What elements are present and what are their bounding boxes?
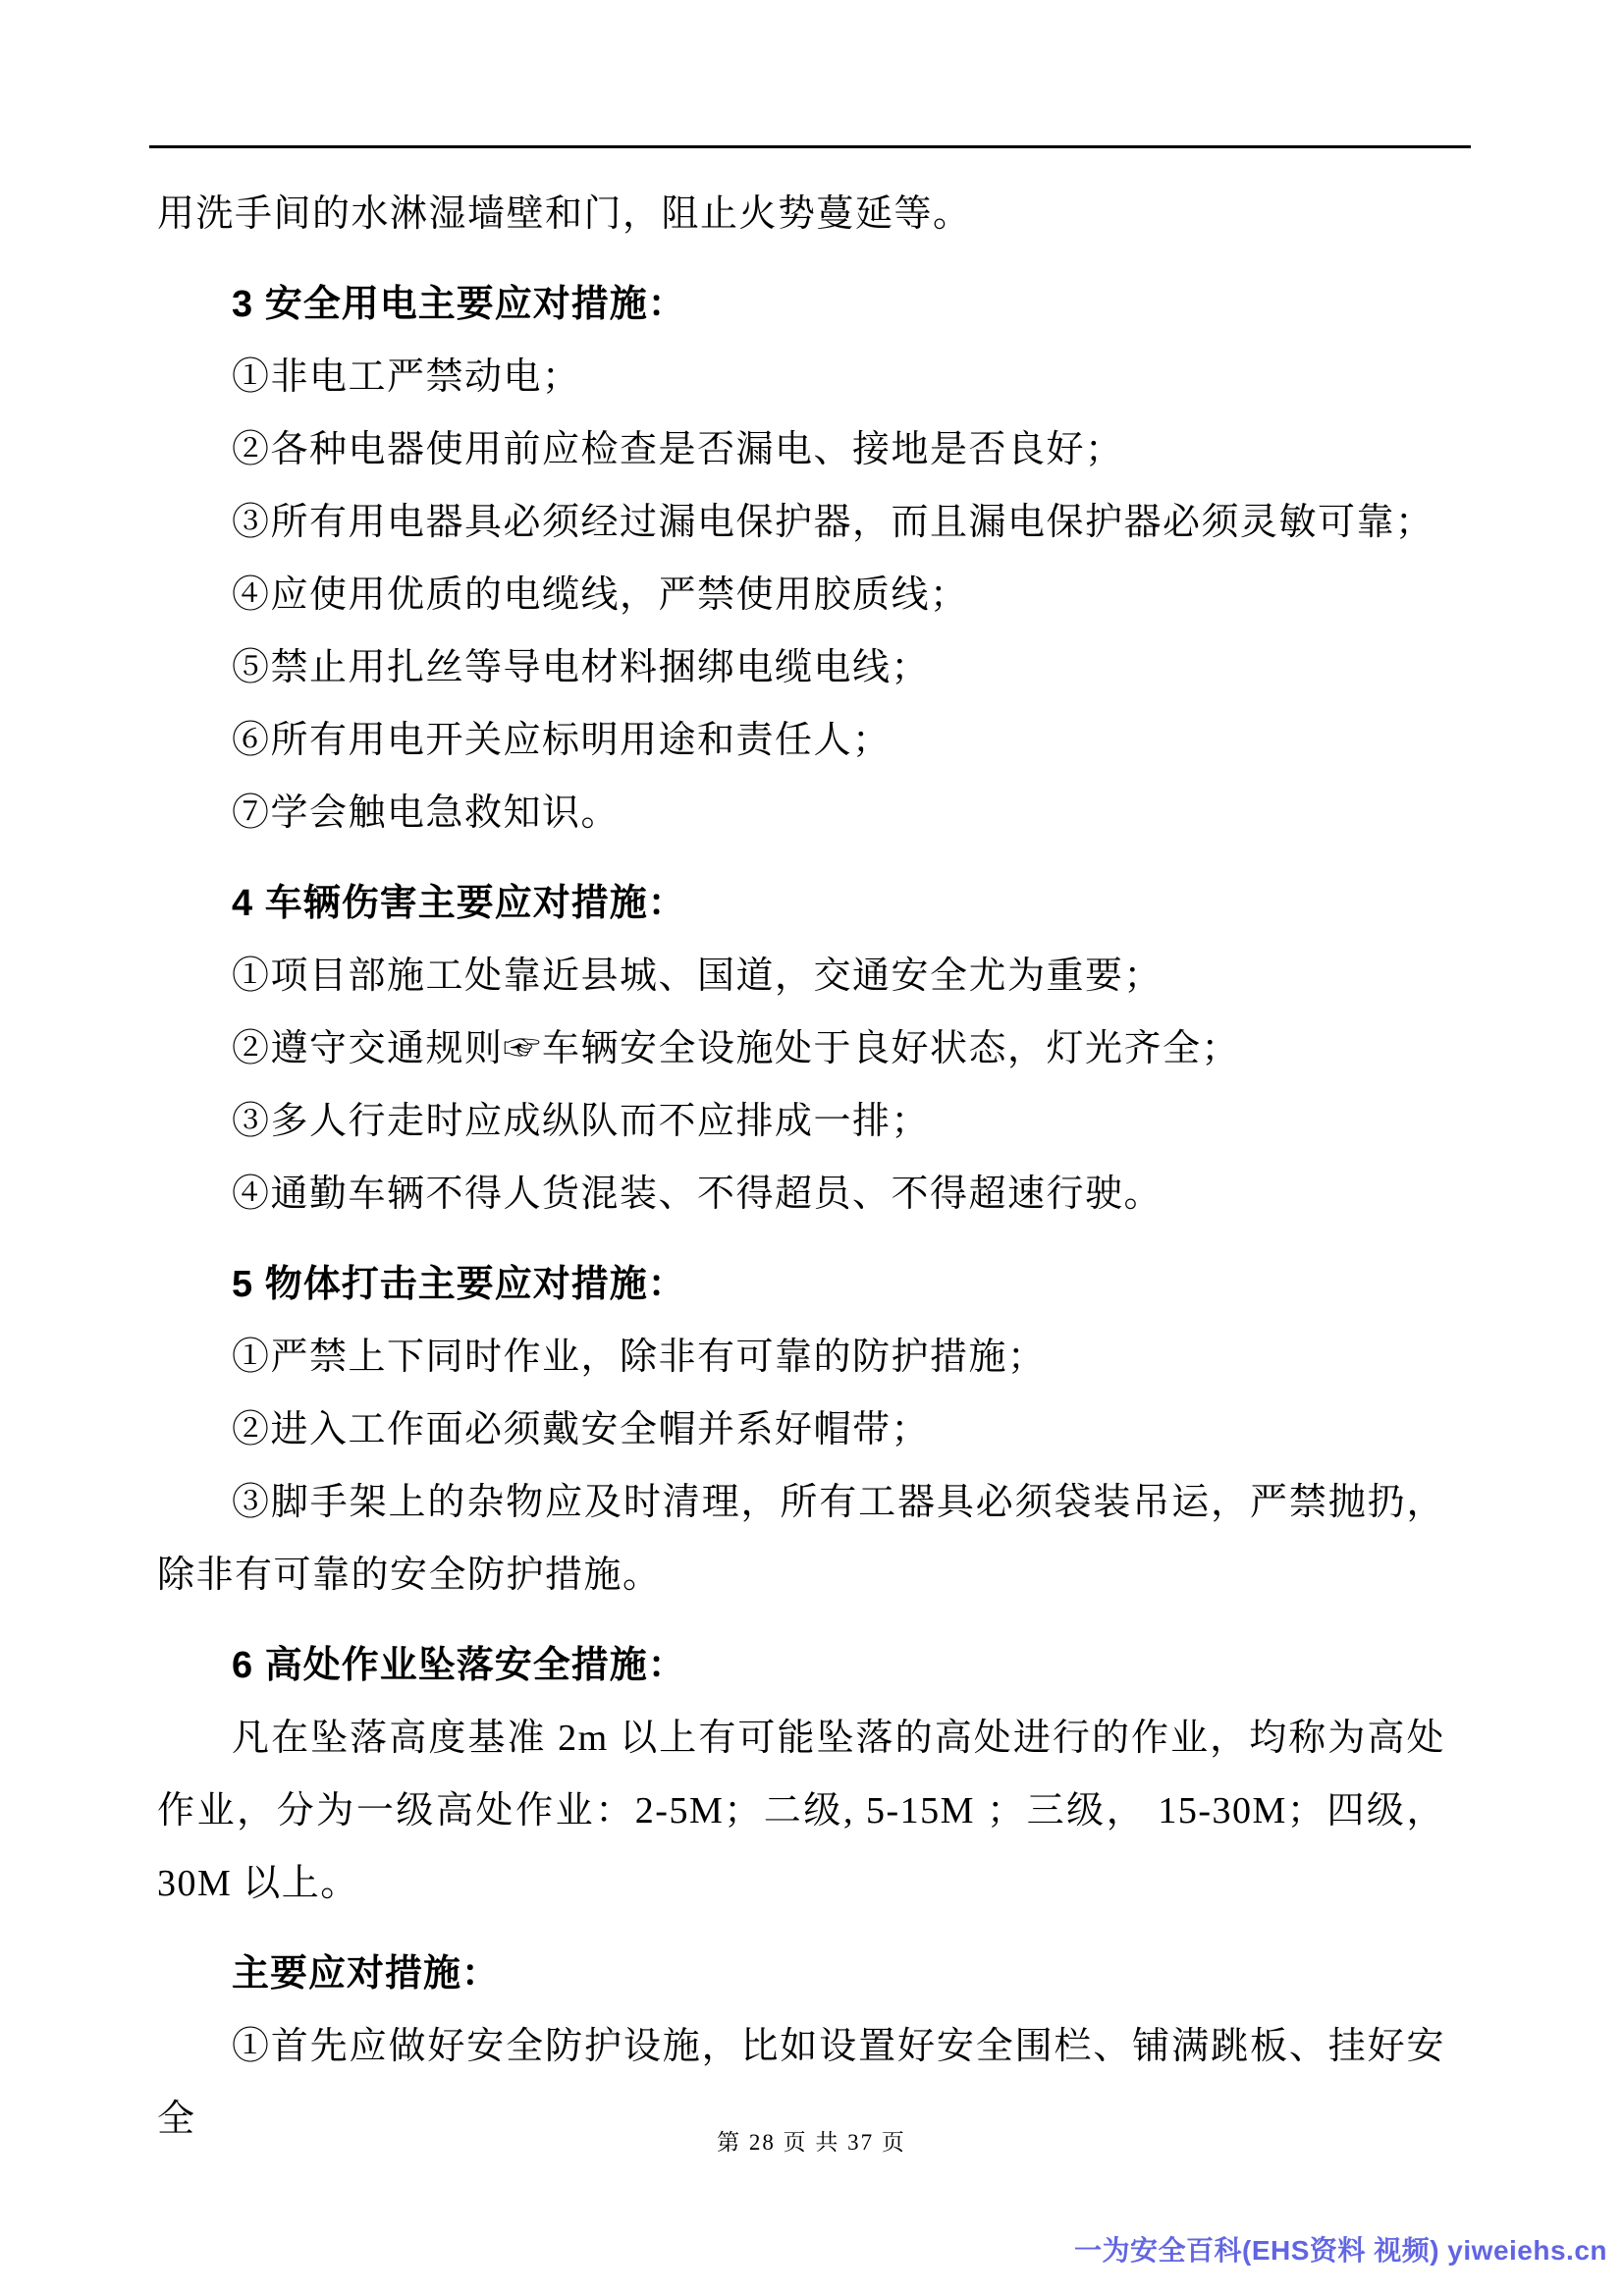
list-item: ③所有用电器具必须经过漏电保护器，而且漏电保护器必须灵敏可靠； [157, 486, 1445, 559]
page-number-footer: 第 28 页 共 37 页 [0, 2124, 1623, 2157]
list-item: ①非电工严禁动电； [157, 341, 1445, 413]
list-item: ③多人行走时应成纵队而不应排成一排； [157, 1085, 1445, 1158]
list-item: ①严禁上下同时作业，除非有可靠的防护措施； [157, 1321, 1445, 1394]
section-heading-falling-objects: 5 物体打击主要应对措施： [157, 1248, 1445, 1321]
header-rule [149, 145, 1471, 148]
section-heading-vehicle-injury: 4 车辆伤害主要应对措施： [157, 867, 1445, 940]
section-heading-electrical-safety: 3 安全用电主要应对措施： [157, 268, 1445, 341]
subsection-heading-main-measures: 主要应对措施： [157, 1938, 1445, 2010]
list-item: ①项目部施工处靠近县城、国道，交通安全尤为重要； [157, 940, 1445, 1012]
list-item: ②进入工作面必须戴安全帽并系好帽带； [157, 1394, 1445, 1466]
list-item: ⑦学会触电急救知识。 [157, 777, 1445, 849]
list-item: ⑤禁止用扎丝等导电材料捆绑电缆电线； [157, 631, 1445, 704]
body-text: 用洗手间的水淋湿墙壁和门，阻止火势蔓延等。 3 安全用电主要应对措施： ①非电工… [157, 178, 1445, 2156]
list-item: ②遵守交通规则☞车辆安全设施处于良好状态，灯光齐全； [157, 1012, 1445, 1085]
section-heading-work-at-height: 6 高处作业坠落安全措施： [157, 1629, 1445, 1702]
document-page: 用洗手间的水淋湿墙壁和门，阻止火势蔓延等。 3 安全用电主要应对措施： ①非电工… [0, 0, 1623, 2296]
list-item: ②各种电器使用前应检查是否漏电、接地是否良好； [157, 413, 1445, 486]
body-paragraph: 凡在坠落高度基准 2m 以上有可能坠落的高处进行的作业，均称为高处作业，分为一级… [157, 1702, 1445, 1920]
list-item: ④应使用优质的电缆线，严禁使用胶质线； [157, 559, 1445, 631]
continuation-paragraph: 用洗手间的水淋湿墙壁和门，阻止火势蔓延等。 [157, 178, 1445, 250]
list-item: ⑥所有用电开关应标明用途和责任人； [157, 704, 1445, 777]
list-item: ④通勤车辆不得人货混装、不得超员、不得超速行驶。 [157, 1158, 1445, 1230]
list-item: ③脚手架上的杂物应及时清理，所有工器具必须袋装吊运，严禁抛扔，除非有可靠的安全防… [157, 1466, 1445, 1612]
watermark: 一为安全百科(EHS资料 视频) yiweiehs.cn [1074, 2229, 1607, 2269]
